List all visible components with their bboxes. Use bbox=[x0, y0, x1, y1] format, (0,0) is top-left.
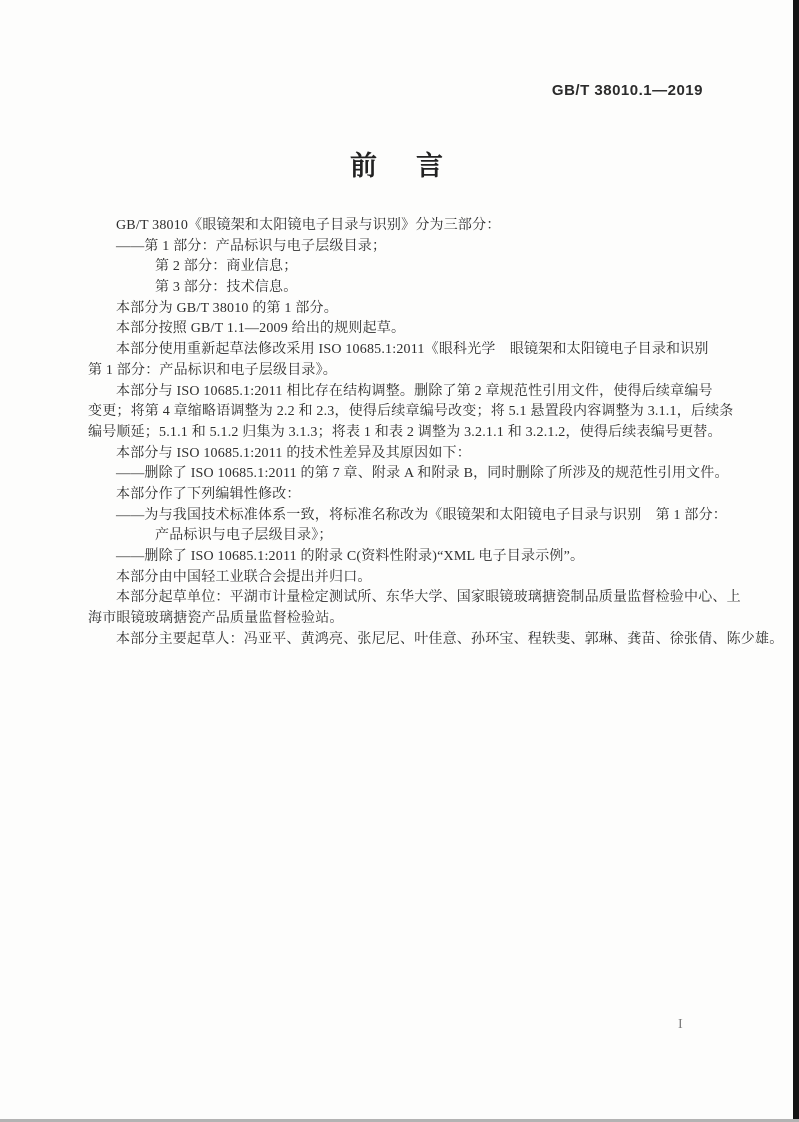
text-line: 本部分起草单位：平湖市计量检定测试所、东华大学、国家眼镜玻璃搪瓷制品质量监督检验… bbox=[88, 588, 718, 609]
text-line: 本部分使用重新起草法修改采用 ISO 10685.1:2011《眼科光学 眼镜架… bbox=[88, 340, 718, 361]
text-line: 本部分为 GB/T 38010 的第 1 部分。 bbox=[88, 299, 718, 320]
text-line: ——为与我国技术标准体系一致，将标准名称改为《眼镜架和太阳镜电子目录与识别 第 … bbox=[88, 506, 718, 527]
document-page: GB/T 38010.1—2019 前 言 GB/T 38010《眼镜架和太阳镜… bbox=[0, 0, 799, 1122]
text-line: 海市眼镜玻璃搪瓷产品质量监督检验站。 bbox=[88, 609, 718, 630]
text-line: 本部分由中国轻工业联合会提出并归口。 bbox=[88, 568, 718, 589]
standard-number: GB/T 38010.1—2019 bbox=[552, 82, 703, 99]
text-line: 本部分作了下列编辑性修改： bbox=[88, 485, 718, 506]
text-line: 本部分按照 GB/T 1.1—2009 给出的规则起草。 bbox=[88, 319, 718, 340]
text-line: ——删除了 ISO 10685.1:2011 的附录 C(资料性附录)“XML … bbox=[88, 547, 718, 568]
page-title: 前 言 bbox=[0, 144, 799, 183]
text-line: 第 1 部分：产品标识和电子层级目录》。 bbox=[88, 361, 718, 382]
text-line: 本部分与 ISO 10685.1:2011 相比存在结构调整。删除了第 2 章规… bbox=[88, 382, 718, 403]
foreword-body: GB/T 38010《眼镜架和太阳镜电子目录与识别》分为三部分：——第 1 部分… bbox=[88, 216, 718, 650]
text-line: 本部分主要起草人：冯亚平、黄鸿亮、张尼尼、叶佳意、孙环宝、程轶斐、郭琳、龚苗、徐… bbox=[88, 630, 718, 651]
text-line: 产品标识与电子层级目录》； bbox=[88, 526, 718, 547]
text-line: 本部分与 ISO 10685.1:2011 的技术性差异及其原因如下： bbox=[88, 444, 718, 465]
text-line: 第 3 部分：技术信息。 bbox=[88, 278, 718, 299]
text-line: ——第 1 部分：产品标识与电子层级目录； bbox=[88, 237, 718, 258]
text-line: GB/T 38010《眼镜架和太阳镜电子目录与识别》分为三部分： bbox=[88, 216, 718, 237]
text-line: 变更；将第 4 章缩略语调整为 2.2 和 2.3，使得后续章编号改变；将 5.… bbox=[88, 402, 718, 423]
text-line: 编号顺延；5.1.1 和 5.1.2 归集为 3.1.3；将表 1 和表 2 调… bbox=[88, 423, 718, 444]
page-number: I bbox=[678, 1017, 683, 1033]
text-line: 第 2 部分：商业信息； bbox=[88, 257, 718, 278]
text-line: ——删除了 ISO 10685.1:2011 的第 7 章、附录 A 和附录 B… bbox=[88, 464, 718, 485]
scan-edge-right bbox=[793, 0, 799, 1122]
